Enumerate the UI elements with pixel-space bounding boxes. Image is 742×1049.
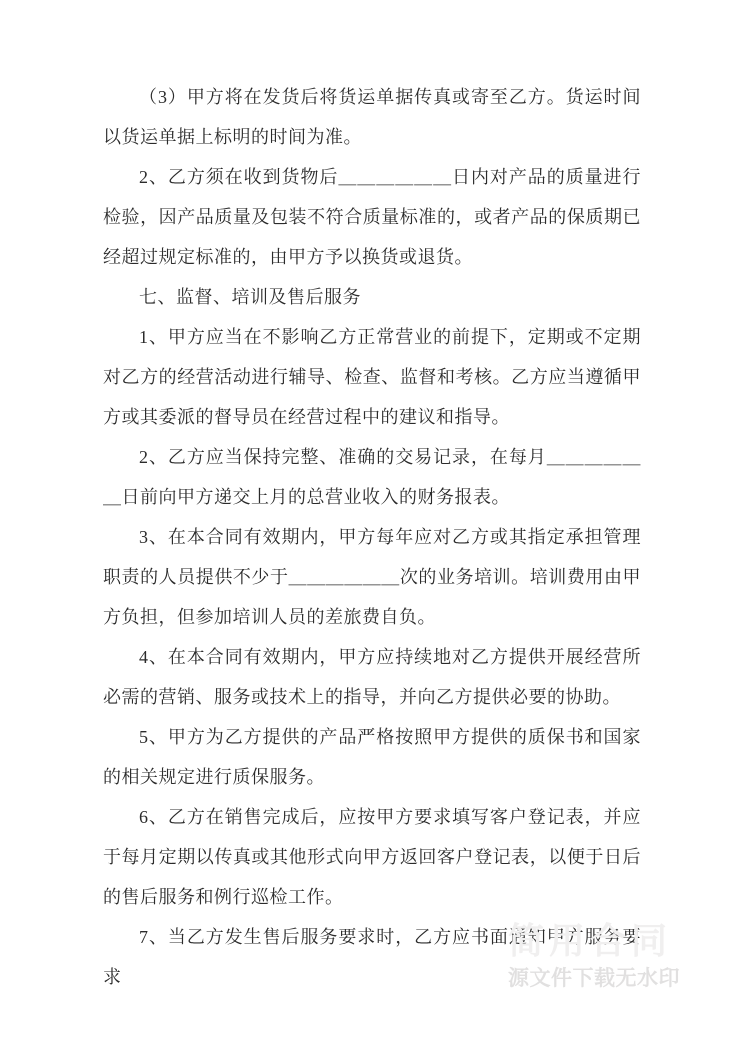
document-page: （3）甲方将在发货后将货运单据传真或寄至乙方。货运时间以货运单据上标明的时间为准… — [0, 0, 742, 1049]
contract-clause: 6、乙方在销售完成后，应按甲方要求填写客户登记表，并应于每月定期以传真或其他形式… — [103, 797, 641, 917]
contract-body: （3）甲方将在发货后将货运单据传真或寄至乙方。货运时间以货运单据上标明的时间为准… — [103, 77, 641, 997]
contract-clause: 3、在本合同有效期内，甲方每年应对乙方或其指定承担管理职责的人员提供不少于＿＿＿… — [103, 517, 641, 637]
contract-clause: （3）甲方将在发货后将货运单据传真或寄至乙方。货运时间以货运单据上标明的时间为准… — [103, 77, 641, 157]
contract-clause: 2、乙方应当保持完整、准确的交易记录，在每月＿＿＿＿＿＿日前向甲方递交上月的总营… — [103, 437, 641, 517]
contract-clause: 7、当乙方发生售后服务要求时，乙方应书面通知甲方服务要求 — [103, 917, 641, 997]
contract-clause: 4、在本合同有效期内，甲方应持续地对乙方提供开展经营所必需的营销、服务或技术上的… — [103, 637, 641, 717]
contract-clause: 2、乙方须在收到货物后＿＿＿＿＿＿日内对产品的质量进行检验，因产品质量及包装不符… — [103, 157, 641, 277]
section-heading: 七、监督、培训及售后服务 — [103, 277, 641, 317]
contract-clause: 5、甲方为乙方提供的产品严格按照甲方提供的质保书和国家的相关规定进行质保服务。 — [103, 717, 641, 797]
contract-clause: 1、甲方应当在不影响乙方正常营业的前提下，定期或不定期对乙方的经营活动进行辅导、… — [103, 317, 641, 437]
